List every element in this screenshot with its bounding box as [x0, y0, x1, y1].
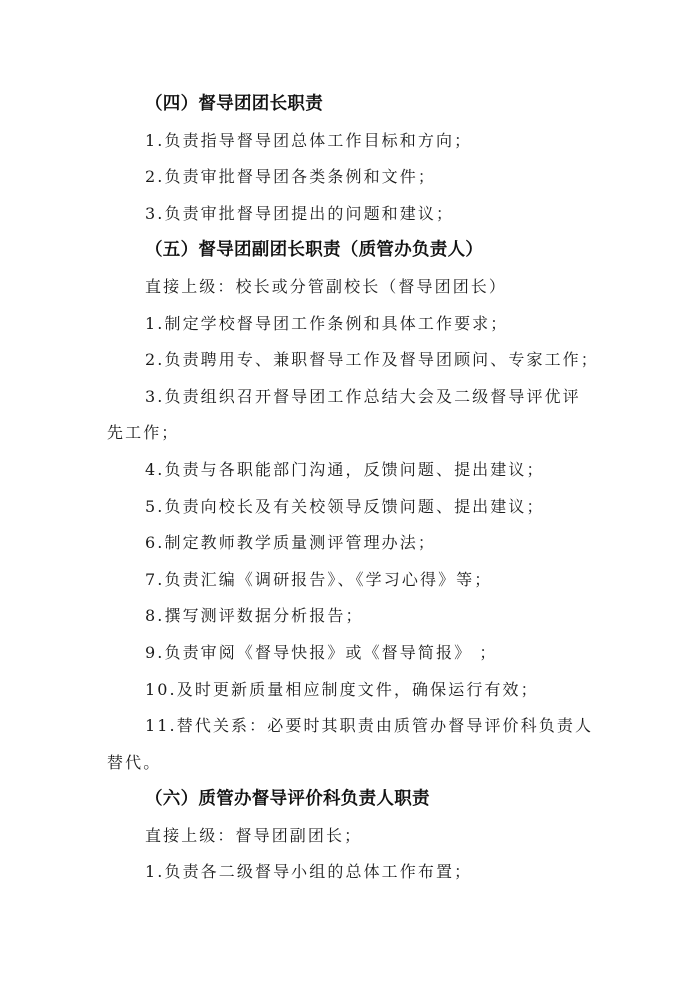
section-5-item-1: 1.制定学校督导团工作条例和具体工作要求；	[107, 306, 597, 343]
section-5-item-7: 7.负责汇编《调研报告》、《学习心得》等；	[107, 562, 597, 599]
section-5-item-9: 9.负责审阅《督导快报》或《督导简报》 ；	[107, 635, 597, 672]
section-5-superior: 直接上级：校长或分管副校长（督导团团长）	[107, 269, 597, 306]
section-4-item-1: 1.负责指导督导团总体工作目标和方向；	[107, 123, 597, 160]
section-5-item-2: 2.负责聘用专、兼职督导工作及督导团顾问、专家工作；	[107, 342, 597, 379]
section-6-item-1: 1.负责各二级督导小组的总体工作布置；	[107, 854, 597, 891]
section-4-heading: （四）督导团团长职责	[107, 86, 597, 123]
section-5-item-3: 3.负责组织召开督导团工作总结大会及二级督导评优评	[107, 379, 597, 416]
section-5-item-8: 8.撰写测评数据分析报告；	[107, 598, 597, 635]
section-5-heading: （五）督导团副团长职责（质管办负责人）	[107, 232, 597, 269]
section-5-item-5: 5.负责向校长及有关校领导反馈问题、提出建议；	[107, 489, 597, 526]
document-page: （四）督导团团长职责 1.负责指导督导团总体工作目标和方向； 2.负责审批督导团…	[107, 86, 597, 891]
section-5-item-11-continuation: 替代。	[107, 745, 597, 782]
section-5-item-6: 6.制定教师教学质量测评管理办法；	[107, 525, 597, 562]
section-5-item-3-continuation: 先工作；	[107, 415, 597, 452]
section-5-item-4: 4.负责与各职能部门沟通，反馈问题、提出建议；	[107, 452, 597, 489]
section-4-item-3: 3.负责审批督导团提出的问题和建议；	[107, 196, 597, 233]
section-5-item-11: 11.替代关系：必要时其职责由质管办督导评价科负责人	[107, 708, 597, 745]
section-4-item-2: 2.负责审批督导团各类条例和文件；	[107, 159, 597, 196]
section-5-item-10: 10.及时更新质量相应制度文件，确保运行有效；	[107, 672, 597, 709]
section-6-heading: （六）质管办督导评价科负责人职责	[107, 781, 597, 818]
section-6-superior: 直接上级：督导团副团长；	[107, 818, 597, 855]
